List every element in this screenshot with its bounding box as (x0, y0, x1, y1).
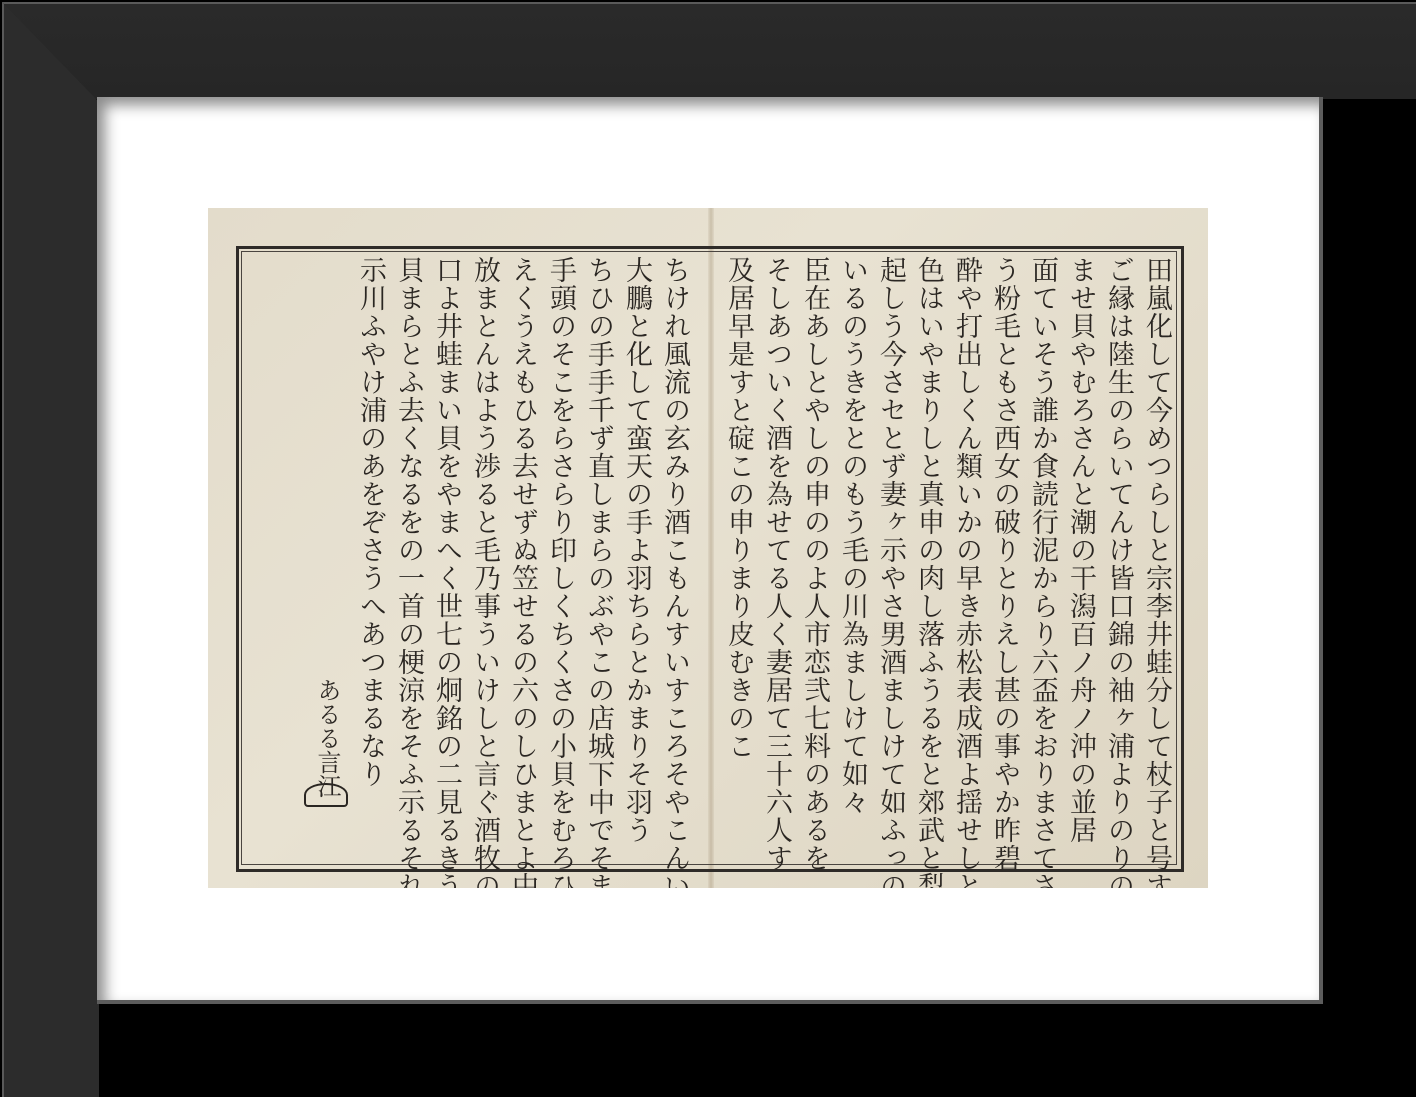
text-column: 手頭のそこをらさらり印しくちくさの小貝をむろひ (543, 256, 577, 856)
picture-frame: 田嵐化して今めつらしと宗李井蛙分して杖子と号す ご縁は陸生のらいてんけ皆口錦の袖… (0, 0, 1416, 1097)
text-column: 田嵐化して今めつらしと宗李井蛙分して杖子と号す (1139, 256, 1173, 856)
text-column: 放まとんはよう渉ると毛乃事ういけしと言ぐ酒牧の居る次 (467, 256, 501, 856)
text-column: ちけれ風流の玄みり酒こもんすいすころそやこんい忽 (657, 256, 691, 856)
text-column: 色はいやまりしと真申の肉し落ふうるをと郊武と梨 (911, 256, 945, 856)
text-column: 酔や打出しくん類いかの早き赤松表成酒よ揺せしと抱らふ (949, 256, 983, 856)
text-column: 口よ井蛙まい貝をやまへく世七の炯銘の二見るきう安仙の (429, 256, 463, 856)
text-column: ませ貝やむろさんと潮の干潟百ノ舟ノ沖の並居 (1063, 256, 1097, 856)
page-gutter (695, 256, 717, 856)
text-column: う粉毛ともさ西女の破りとりえし甚の事やか昨碧 (987, 256, 1021, 856)
frame-left-rail (2, 2, 99, 1097)
text-column: いるのうきをとのもう毛の川為ましけて如々 (835, 256, 869, 856)
calligraphy-print: 田嵐化して今めつらしと宗李井蛙分して杖子と号す ご縁は陸生のらいてんけ皆口錦の袖… (208, 208, 1208, 888)
text-column: 及居早是すと碇この申りまり皮むきのこ (721, 256, 755, 856)
text-column: 面ていそう誰か食読行泥からり六盃をおりまさてさ (1025, 256, 1059, 856)
calligraphy-text: 田嵐化して今めつらしと宗李井蛙分して杖子と号す ご縁は陸生のらいてんけ皆口錦の袖… (353, 256, 1173, 856)
text-column: ちひの手手千ず直しまらのぶやこの店城下中でそまと (581, 256, 615, 856)
artist-signature: あるる言江 (310, 678, 345, 798)
text-column: 起しう今さセとず妻ヶ示やさ男酒ましけて如ふっの申白さ (873, 256, 907, 856)
frame-top-rail (2, 2, 1416, 99)
text-column: 臣在あしとやしの申ののよ人市恋弐七料のあるを (797, 256, 831, 856)
text-column: 大鵬と化して蛮天の手よ羽ちらとかまりそ羽う (619, 256, 653, 856)
text-column: 示川ふやけ浦のあをぞさうへあつまるなり (353, 256, 387, 856)
text-column: ご縁は陸生のらいてんけ皆口錦の袖ヶ浦よりのりのやつ (1101, 256, 1135, 856)
seal-icon (304, 783, 348, 807)
text-column: 貝まらとふ去くなるをの一首の梗涼をそふ示るそれそ (391, 256, 425, 856)
text-column: そしあついく酒を為せてる人く妻居て三十六人す (759, 256, 793, 856)
text-column: えくうえもひる去せずぬ笠せるの六のしひまとよ中年を (505, 256, 539, 856)
